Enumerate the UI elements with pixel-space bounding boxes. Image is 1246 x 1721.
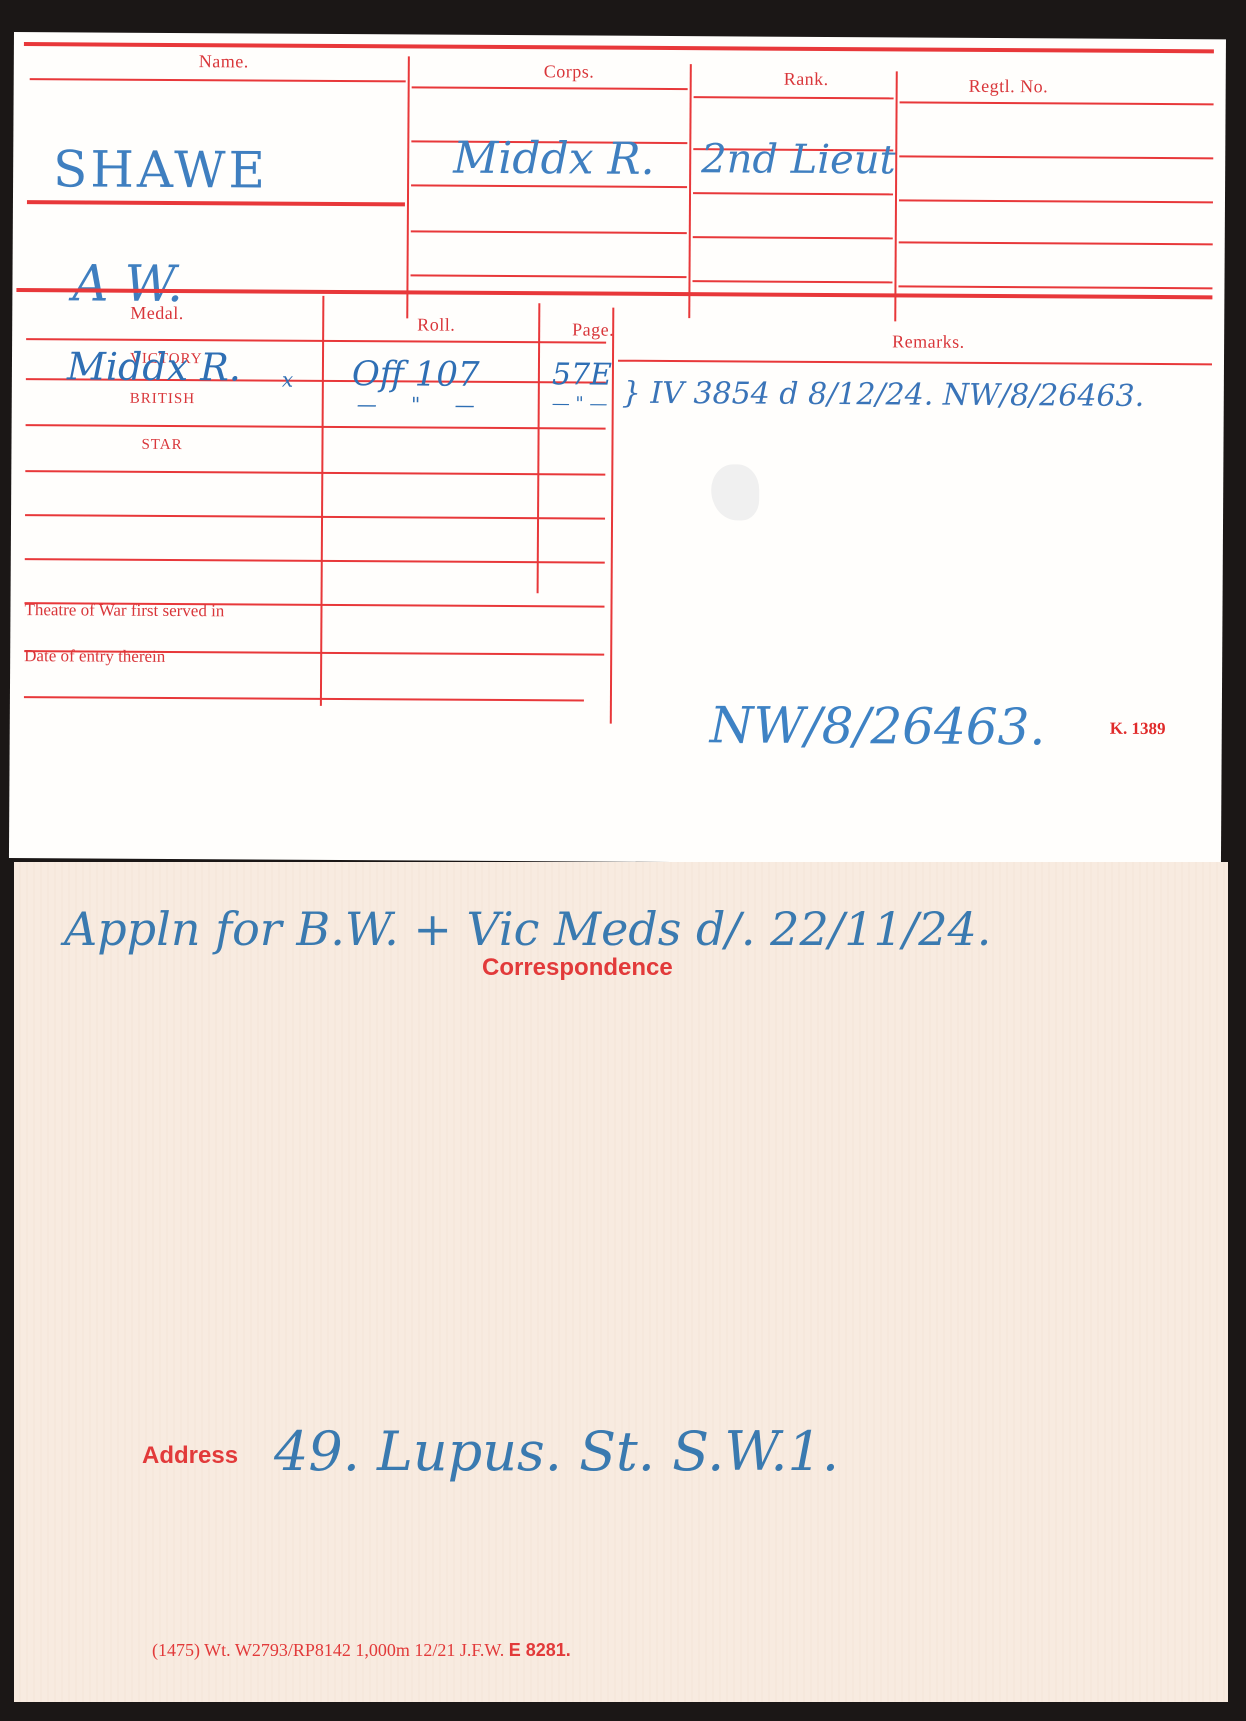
divider [894, 71, 897, 321]
rule [898, 285, 1212, 289]
address-label: Address [142, 1442, 238, 1470]
stamp-number: K. 1389 [1110, 719, 1166, 739]
roll-header: Roll. [417, 314, 455, 335]
rank-header: Rank. [784, 69, 829, 90]
page-ditto: — " — [552, 393, 608, 414]
correspondence-label: Correspondence [482, 954, 673, 982]
rank-value: 2nd Lieut [701, 136, 896, 183]
rule [899, 241, 1213, 245]
divider [406, 56, 409, 318]
imprint-code: E 8281. [509, 1640, 571, 1660]
page-value: 57E [552, 357, 612, 392]
regtl-no-header: Regtl. No. [969, 76, 1049, 97]
reference-value: NW/8/26463. [710, 696, 1046, 756]
rule [618, 360, 1212, 366]
divider [688, 64, 691, 318]
rule [900, 101, 1214, 105]
name-header: Name. [199, 51, 249, 72]
imprint-text: (1475) Wt. W2793/RP8142 1,000m 12/21 J.F… [152, 1640, 504, 1660]
divider [320, 296, 324, 706]
rule [899, 155, 1213, 159]
divider [537, 303, 540, 593]
address-value: 49. Lupus. St. S.W.1. [274, 1420, 839, 1483]
remarks-value: } IV 3854 d 8/12/24. NW/8/26463. [622, 376, 1145, 414]
rule [16, 288, 1212, 299]
rule [25, 558, 605, 564]
page-header: Page. [572, 319, 614, 340]
printer-imprint: (1475) Wt. W2793/RP8142 1,000m 12/21 J.F… [152, 1640, 571, 1661]
roll-ditto: — " — [357, 392, 489, 417]
rule [693, 236, 893, 239]
medal-label-star: STAR [141, 437, 182, 454]
rule [26, 424, 606, 430]
rule [412, 86, 688, 90]
rule [25, 514, 605, 520]
remarks-header: Remarks. [892, 331, 965, 352]
rule [30, 78, 406, 82]
roll-value: Off 107 [352, 354, 480, 395]
rule [694, 96, 894, 99]
theatre-label: Theatre of War first served in [24, 600, 224, 621]
rule [693, 192, 893, 195]
correspondence-note: Appln for B.W. + Vic Meds d/. 22/11/24. [64, 902, 991, 956]
rule [25, 470, 605, 476]
rule [411, 274, 687, 278]
rule [26, 338, 606, 344]
date-entry-label: Date of entry therein [24, 646, 165, 667]
medal-entry-value: Middx R. [67, 344, 241, 389]
corps-header: Corps. [544, 61, 595, 82]
medal-x-mark: x [282, 368, 293, 392]
rule [27, 200, 405, 206]
rule [411, 230, 687, 234]
thumbprint-icon [711, 464, 759, 520]
rule [411, 184, 687, 188]
medal-card-front: Name. SHAWE A W. Corps. Middx R. Rank. 2… [9, 32, 1226, 865]
surname-value: SHAWE [53, 140, 268, 199]
medal-header: Medal. [130, 303, 184, 324]
medal-card-back: Appln for B.W. + Vic Meds d/. 22/11/24. … [14, 862, 1228, 1702]
rule [899, 199, 1213, 203]
medal-label-british: BRITISH [130, 391, 195, 408]
rule [692, 280, 892, 283]
corps-value: Middx R. [453, 133, 655, 185]
rule [24, 696, 584, 701]
